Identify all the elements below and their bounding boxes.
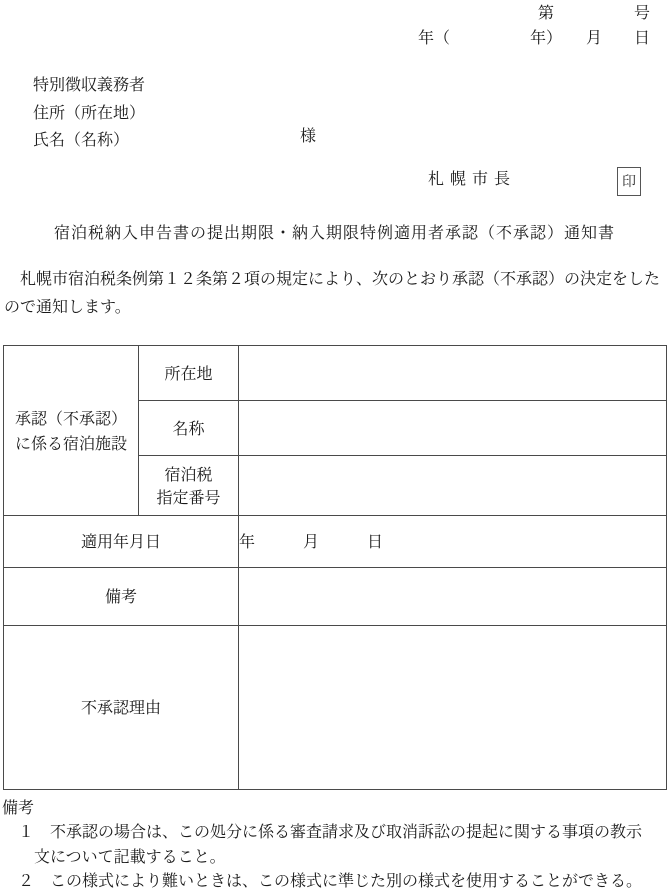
form-table: 承認（不承認） に係る宿泊施設 所在地 名称 宿泊税 指定番号 適用年月日 年 … [3, 345, 667, 790]
footnote-item-2: ２ この様式により難いときは、この様式に準じた別の様式を使用することができる。 [2, 869, 667, 889]
facility-group-label-cell: 承認（不承認） に係る宿泊施設 [4, 346, 139, 516]
recipient-name-label: 氏名（名称） [33, 126, 145, 154]
body-paragraph: 札幌市宿泊税条例第１２条第２項の規定により、次のとおり承認（不承認）の決定をした… [4, 265, 664, 321]
name-value-cell [239, 401, 667, 456]
location-value-cell [239, 346, 667, 401]
document-title: 宿泊税納入申告書の提出期限・納入期限特例適用者承認（不承認）通知書 [0, 223, 669, 243]
table-row: 承認（不承認） に係る宿泊施設 所在地 [4, 346, 667, 401]
footnote-item-1-continuation: 文について記載すること。 [2, 845, 667, 869]
seal-character: 印 [622, 172, 636, 192]
official-seal-box: 印 [617, 167, 641, 196]
remarks-label-cell: 備考 [4, 568, 239, 626]
doc-number-line: 第 号 [538, 3, 650, 23]
document-page: 第 号 年（ 年） 月 日 特別徴収義務者 住所（所在地） 氏名（名称） 様 札… [0, 0, 669, 889]
recipient-address-label: 住所（所在地） [33, 99, 145, 127]
table-row: 適用年月日 年 月 日 [4, 516, 667, 568]
footnote-item-1: １ 不承認の場合は、この処分に係る審査請求及び取消訴訟の提起に関する事項の教示 [2, 820, 667, 844]
rejection-reason-value-cell [239, 626, 667, 790]
issuer-name: 札幌市長 [428, 169, 516, 189]
remarks-value-cell [239, 568, 667, 626]
table-row: 不承認理由 [4, 626, 667, 790]
apply-date-label-cell: 適用年月日 [4, 516, 239, 568]
table-row: 備考 [4, 568, 667, 626]
honorific-sama: 様 [300, 126, 316, 146]
rejection-reason-label-cell: 不承認理由 [4, 626, 239, 790]
apply-date-value-cell: 年 月 日 [239, 516, 667, 568]
date-line: 年（ 年） 月 日 [418, 28, 650, 48]
tax-number-label-cell: 宿泊税 指定番号 [139, 456, 239, 516]
recipient-role: 特別徴収義務者 [33, 71, 145, 99]
name-label-cell: 名称 [139, 401, 239, 456]
tax-number-value-cell [239, 456, 667, 516]
footnotes-section: 備考 １ 不承認の場合は、この処分に係る審査請求及び取消訴訟の提起に関する事項の… [2, 796, 667, 889]
recipient-block: 特別徴収義務者 住所（所在地） 氏名（名称） [33, 71, 145, 154]
footnotes-heading: 備考 [2, 796, 667, 820]
location-label-cell: 所在地 [139, 346, 239, 401]
